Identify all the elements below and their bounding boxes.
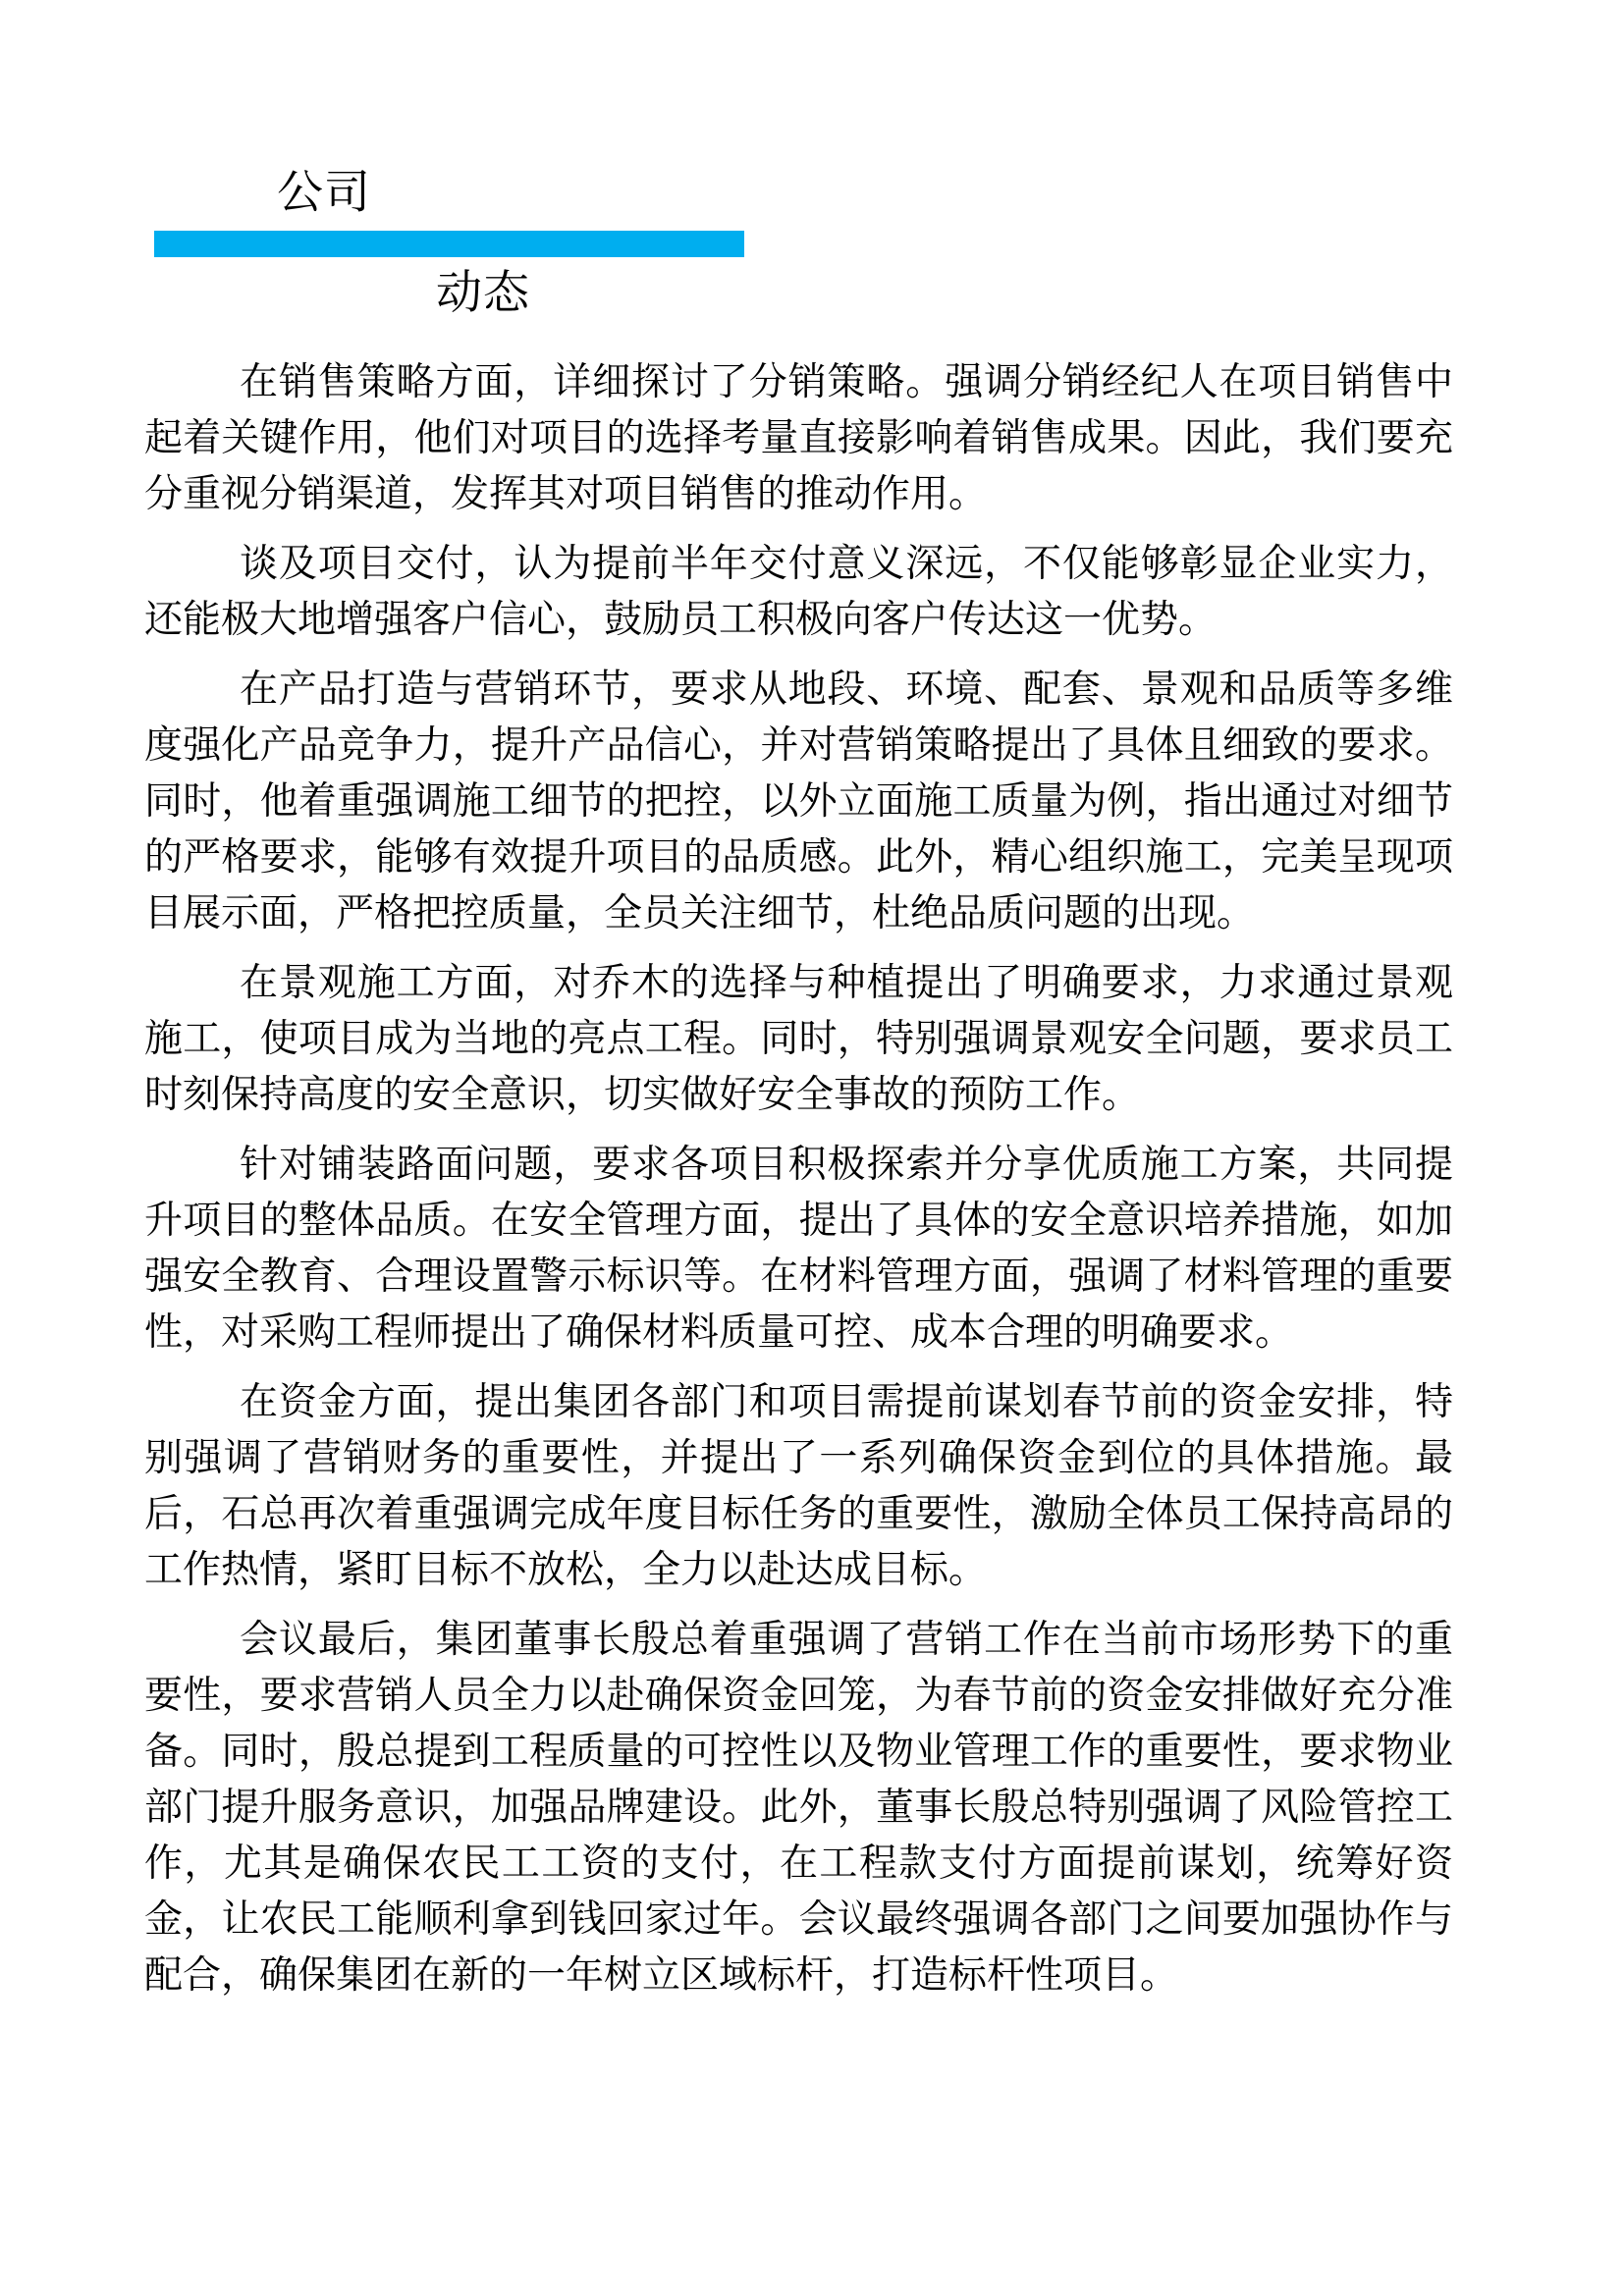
- page-title-top: 公司: [277, 165, 371, 222]
- page-title-bottom: 动态: [436, 265, 530, 322]
- article-paragraph: 针对铺装路面问题，要求各项目积极探索并分享优质施工方案，共同提升项目的整体品质。…: [144, 1137, 1453, 1361]
- article-paragraph: 在销售策略方面，详细探讨了分销策略。强调分销经纪人在项目销售中起着关键作用，他们…: [144, 354, 1453, 522]
- article-paragraph: 在景观施工方面，对乔木的选择与种植提出了明确要求，力求通过景观施工，使项目成为当…: [144, 955, 1453, 1123]
- article-paragraph: 会议最后，集团董事长殷总着重强调了营销工作在当前市场形势下的重要性，要求营销人员…: [144, 1612, 1453, 2003]
- article-body: 在销售策略方面，详细探讨了分销策略。强调分销经纪人在项目销售中起着关键作用，他们…: [144, 354, 1453, 2017]
- document-page: 公司 动态 在销售策略方面，详细探讨了分销策略。强调分销经纪人在项目销售中起着关…: [0, 0, 1624, 2296]
- article-paragraph: 在资金方面，提出集团各部门和项目需提前谋划春节前的资金安排，特别强调了营销财务的…: [144, 1374, 1453, 1598]
- title-accent-bar: [154, 231, 744, 257]
- article-paragraph: 在产品打造与营销环节，要求从地段、环境、配套、景观和品质等多维度强化产品竞争力，…: [144, 662, 1453, 941]
- article-paragraph: 谈及项目交付，认为提前半年交付意义深远，不仅能够彰显企业实力，还能极大地增强客户…: [144, 536, 1453, 648]
